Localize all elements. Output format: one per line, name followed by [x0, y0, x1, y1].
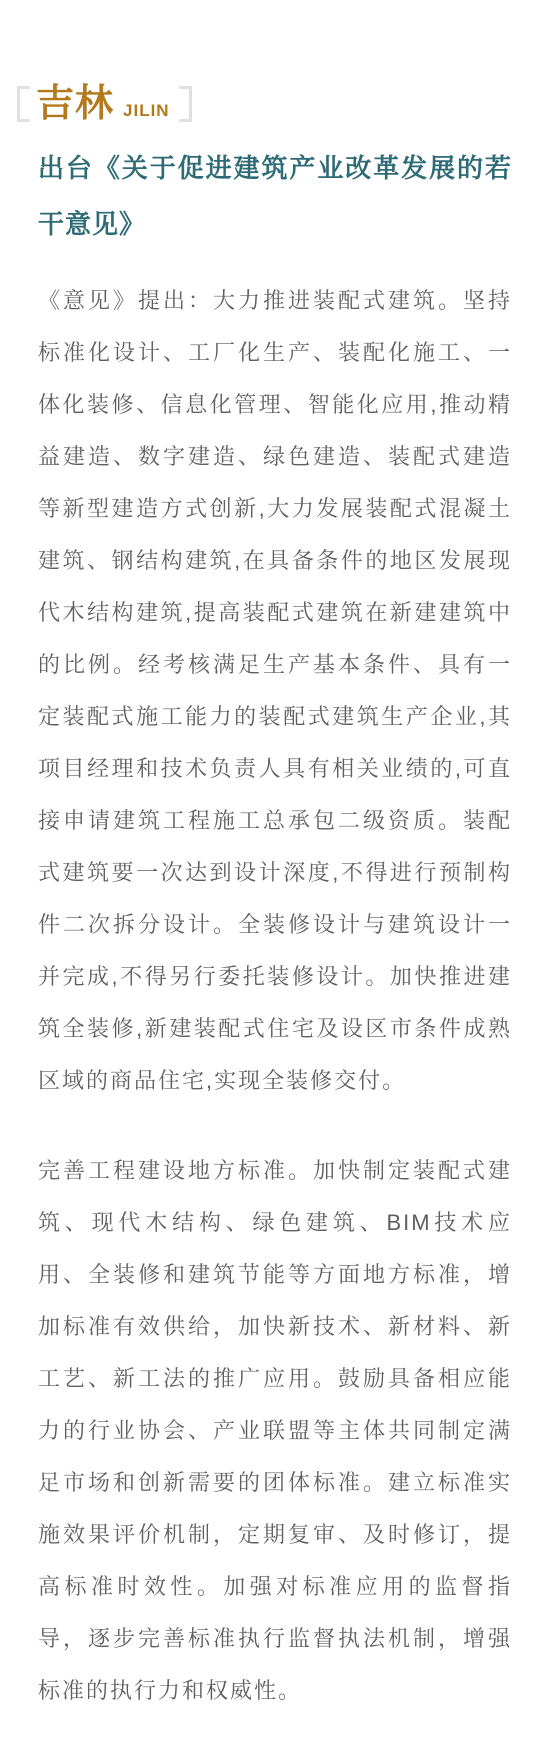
article-body: 《意见》提出：大力推进装配式建筑。坚持标准化设计、工厂化生产、装配化施工、一体化… [38, 275, 512, 1717]
region-name-en: JILIN [123, 101, 170, 121]
article-page: 吉林 JILIN 出台《关于促进建筑产业改革发展的若干意见》 《意见》提出：大力… [0, 0, 550, 1747]
region-title: 吉林 JILIN [36, 85, 170, 123]
left-bracket-icon [17, 86, 30, 122]
article-title: 出台《关于促进建筑产业改革发展的若干意见》 [38, 140, 512, 252]
paragraph-2: 完善工程建设地方标准。加快制定装配式建筑、现代木结构、绿色建筑、BIM技术应用、… [38, 1145, 512, 1717]
right-bracket-icon [179, 86, 192, 122]
region-header: 吉林 JILIN [17, 84, 512, 124]
paragraph-1: 《意见》提出：大力推进装配式建筑。坚持标准化设计、工厂化生产、装配化施工、一体化… [38, 275, 512, 1107]
region-name: 吉林 [36, 85, 114, 123]
